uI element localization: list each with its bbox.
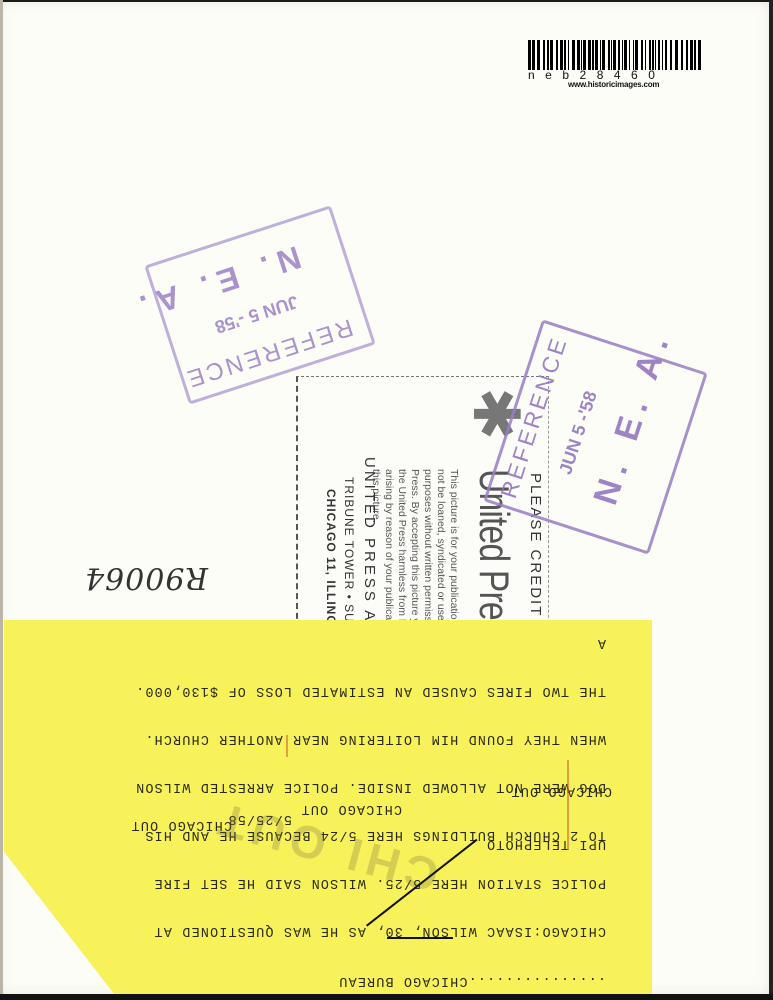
caption-line: THE TWO FIRES CAUSED AN ESTIMATED LOSS O…: [135, 682, 606, 698]
address-line-2: CHICAGO 11, ILLINOIS: [324, 489, 338, 639]
chicago-out-mark: CHICAGO OUT: [300, 801, 402, 816]
red-crease-mark: [567, 760, 569, 850]
scan-edge-bottom: [0, 994, 773, 1000]
chicago-out-mark: CHICAGO OUT: [510, 783, 612, 798]
barcode-url: www.historicimages.com: [568, 80, 659, 89]
handwritten-note: R90064: [84, 560, 208, 595]
caption-bureau: ...............CHICAGO BUREAU: [338, 973, 606, 988]
caption-line: A: [135, 634, 606, 650]
scan-edge-right: [769, 0, 773, 1000]
barcode-label: neb28460 www.historicimages.com: [528, 40, 704, 88]
barcode-icon: [528, 40, 704, 70]
red-crease-mark: [286, 735, 288, 757]
stamp-date: JUN 5 -'58: [555, 389, 602, 478]
scan-edge-left: [0, 0, 3, 1000]
caption-line: WHEN THEY FOUND HIM LOITERING NEAR ANOTH…: [135, 730, 606, 746]
caption-service: UPI TELEPHOTO: [486, 836, 606, 851]
pen-underline-stroke: [387, 937, 453, 939]
caption-line: CHICAGO:ISAAC WILSON, 30, AS HE WAS QUES…: [135, 922, 606, 938]
caption-slip: ...............CHICAGO BUREAU CHICAGO:IS…: [4, 620, 652, 994]
stamp-org: N. E. A.: [586, 325, 679, 510]
